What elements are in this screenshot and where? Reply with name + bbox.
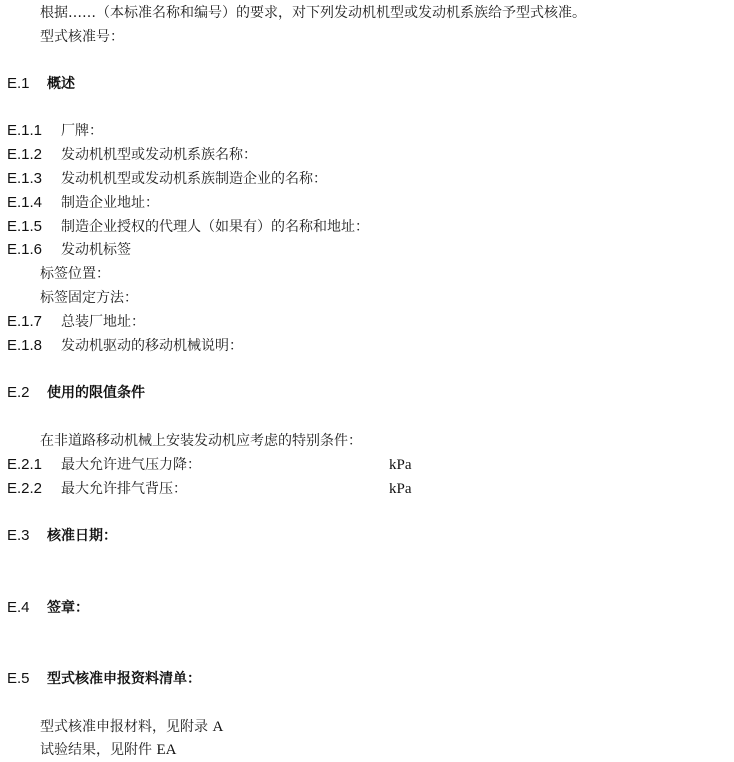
item-number: E.2.1 [7,455,61,475]
item-e1-6: E.1.6发动机标签 [7,240,131,260]
section-number: E.5 [7,669,47,689]
section-number: E.1 [7,74,47,94]
type-approval-number-label: 型式核准号： [40,27,124,47]
item-e1-3: E.1.3发动机机型或发动机系族制造企业的名称： [7,169,327,189]
materials-list-item: 试验结果，见附件 EA [40,740,176,760]
appendix-ref: A [212,719,223,735]
item-e1-7: E.1.7总装厂地址： [7,312,145,332]
section-e2-heading: E.2使用的限值条件 [7,383,145,403]
item-number: E.1.7 [7,312,61,332]
appendix-ref: EA [156,742,176,758]
intro-paragraph: 根据……（本标准名称和编号）的要求，对下列发动机机型或发动机系族给予型式核准。 [40,3,586,23]
section-e1-heading: E.1概述 [7,74,75,94]
section-e3-heading: E.3核准日期： [7,526,117,546]
section-title: 签章： [47,600,89,616]
item-number: E.1.8 [7,336,61,356]
item-label: 发动机驱动的移动机械说明： [61,338,243,354]
section-title: 概述 [47,76,75,92]
special-conditions-intro: 在非道路移动机械上安装发动机应考虑的特别条件： [40,431,362,451]
section-number: E.4 [7,598,47,618]
item-e1-5: E.1.5制造企业授权的代理人（如果有）的名称和地址： [7,217,369,237]
section-number: E.2 [7,383,47,403]
label-position: 标签位置： [40,264,110,284]
item-label: 最大允许排气背压： [61,481,187,497]
item-e2-1: E.2.1最大允许进气压力降： [7,455,201,475]
item-e1-8: E.1.8发动机驱动的移动机械说明： [7,336,243,356]
section-number: E.3 [7,526,47,546]
item-label: 厂牌： [61,123,103,139]
item-e1-4: E.1.4制造企业地址： [7,193,159,213]
materials-list-item: 型式核准申报材料，见附录 A [40,717,223,737]
item-number: E.1.3 [7,169,61,189]
item-label: 发动机机型或发动机系族名称： [61,147,257,163]
item-number: E.2.2 [7,479,61,499]
section-title: 核准日期： [47,528,117,544]
label-fixing-method: 标签固定方法： [40,288,138,308]
item-number: E.1.5 [7,217,61,237]
item-e2-2: E.2.2最大允许排气背压： [7,479,187,499]
item-e1-1: E.1.1厂牌： [7,121,103,141]
list-item-text: 型式核准申报材料，见附录 [40,719,208,735]
item-label: 最大允许进气压力降： [61,457,201,473]
item-number: E.1.4 [7,193,61,213]
section-e4-heading: E.4签章： [7,598,89,618]
item-label: 总装厂地址： [61,314,145,330]
item-label: 发动机机型或发动机系族制造企业的名称： [61,171,327,187]
unit-kpa: kPa [389,455,412,475]
section-title: 型式核准申报资料清单： [47,671,201,687]
list-item-text: 试验结果，见附件 [40,742,152,758]
item-number: E.1.2 [7,145,61,165]
section-title: 使用的限值条件 [47,385,145,401]
unit-kpa: kPa [389,479,412,499]
item-e1-2: E.1.2发动机机型或发动机系族名称： [7,145,257,165]
item-label: 制造企业地址： [61,195,159,211]
item-label: 发动机标签 [61,242,131,258]
item-number: E.1.6 [7,240,61,260]
item-number: E.1.1 [7,121,61,141]
item-label: 制造企业授权的代理人（如果有）的名称和地址： [61,219,369,235]
section-e5-heading: E.5型式核准申报资料清单： [7,669,201,689]
